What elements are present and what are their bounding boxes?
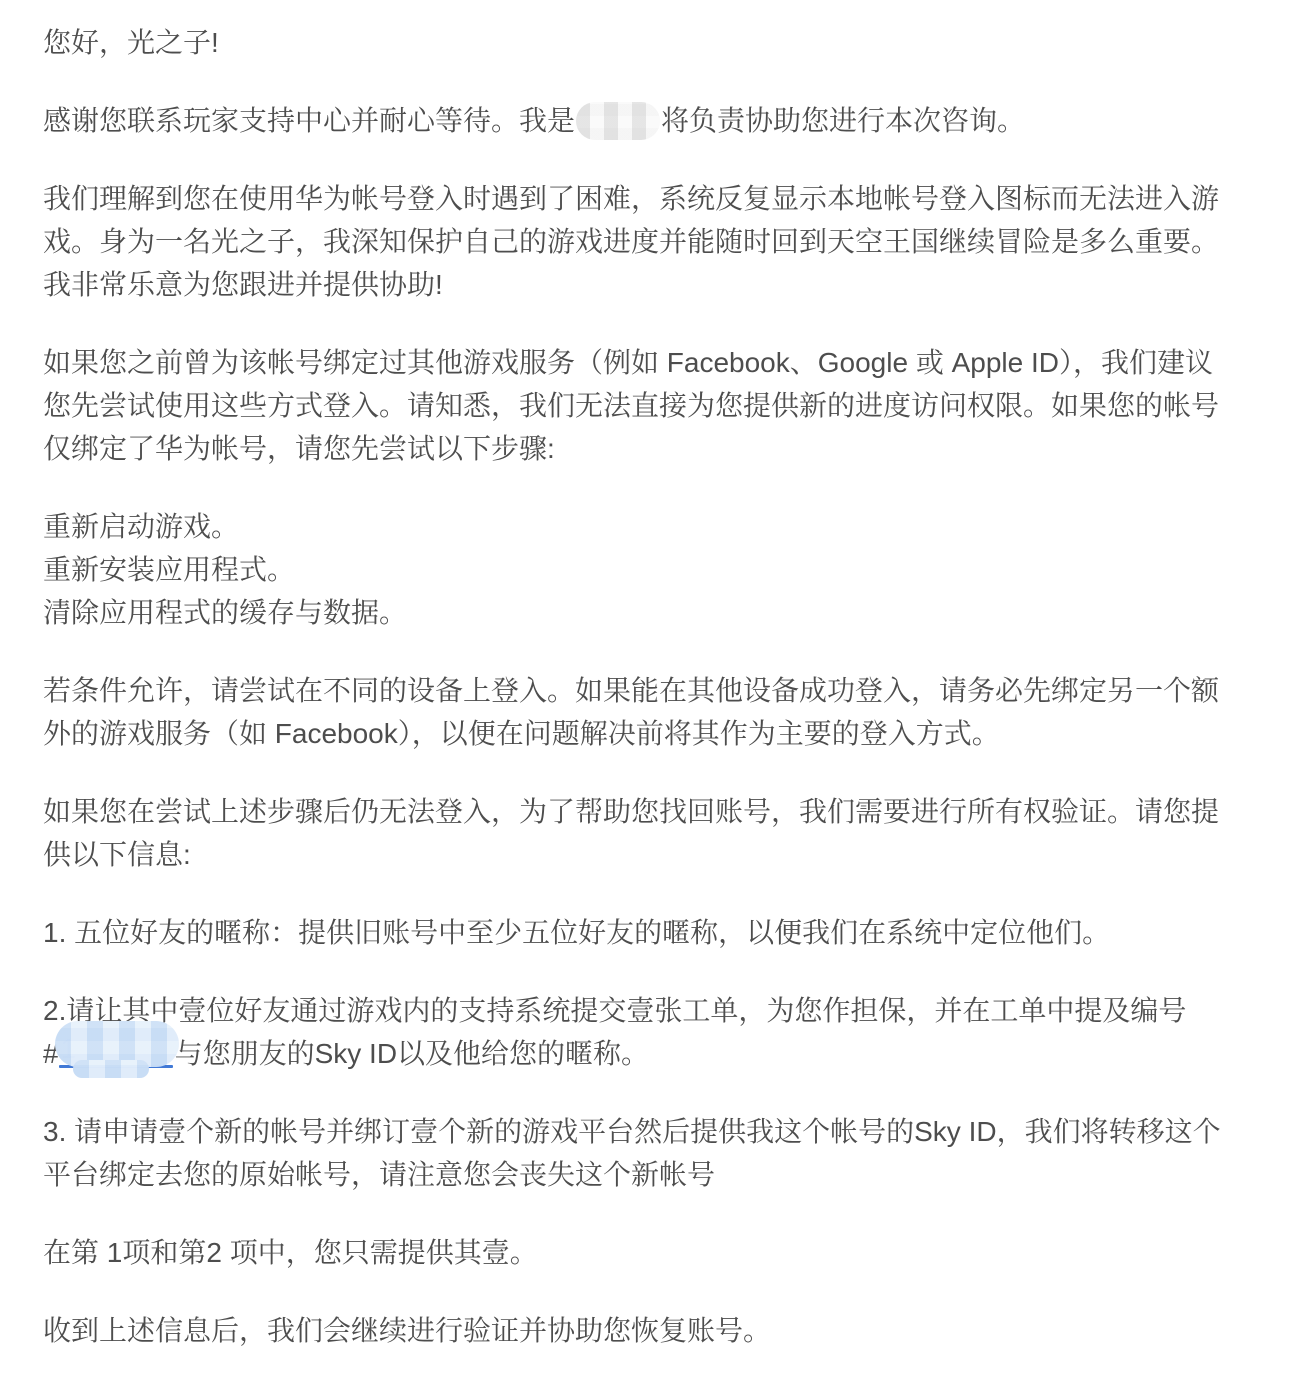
paragraph-closing: 收到上述信息后，我们会继续进行验证并协助您恢复账号。 bbox=[43, 1309, 1278, 1352]
redacted-ticket-number-link[interactable]: 1 bbox=[59, 1035, 175, 1071]
text-line: 如果您之前曾为该帐号绑定过其他游戏服务（例如 Facebook、Google 或… bbox=[43, 341, 1278, 384]
redaction-blur-blob-tail bbox=[73, 1060, 149, 1078]
text-run: 1. 五位好友的暱称：提供旧账号中至少五位好友的暱称，以便我们在系统中定位他们。 bbox=[43, 917, 1110, 948]
text-run: 平台绑定去您的原始帐号，请注意您会丧失这个新帐号 bbox=[43, 1159, 715, 1190]
text-line: #1与您朋友的Sky ID以及他给您的暱称。 bbox=[43, 1032, 1278, 1075]
text-run: 与您朋友的Sky ID以及他给您的暱称。 bbox=[175, 1038, 649, 1069]
paragraph-verification-request: 如果您在尝试上述步骤后仍无法登入，为了帮助您找回账号，我们需要进行所有权验证。请… bbox=[43, 790, 1278, 876]
text-run: 清除应用程式的缓存与数据。 bbox=[43, 597, 407, 628]
text-line: 您先尝试使用这些方式登入。请知悉，我们无法直接为您提供新的进度访问权限。如果您的… bbox=[43, 384, 1278, 427]
text-run: 重新安装应用程式。 bbox=[43, 554, 295, 585]
text-run: 戏。身为一名光之子，我深知保护自己的游戏进度并能随时回到天空王国继续冒险是多么重… bbox=[43, 226, 1219, 257]
text-line: 在第 1项和第2 项中，您只需提供其壹。 bbox=[43, 1231, 1278, 1274]
paragraph-item-2: 2.请让其中壹位好友通过游戏内的支持系统提交壹张工单，为您作担保，并在工单中提及… bbox=[43, 989, 1278, 1075]
text-run: 仅绑定了华为帐号，请您先尝试以下步骤: bbox=[43, 433, 555, 464]
paragraph-other-device-advice: 若条件允许，请尝试在不同的设备上登入。如果能在其他设备成功登入，请务必先绑定另一… bbox=[43, 669, 1278, 755]
text-line: 收到上述信息后，我们会继续进行验证并协助您恢复账号。 bbox=[43, 1309, 1278, 1352]
text-line: 仅绑定了华为帐号，请您先尝试以下步骤: bbox=[43, 427, 1278, 470]
text-run: 将负责协助您进行本次咨询。 bbox=[661, 105, 1025, 136]
paragraph-greeting: 您好，光之子! bbox=[43, 21, 1278, 64]
text-run: 若条件允许，请尝试在不同的设备上登入。如果能在其他设备成功登入，请务必先绑定另一… bbox=[43, 675, 1219, 706]
redacted-agent-name-blur bbox=[576, 102, 660, 140]
text-run: 我们理解到您在使用华为帐号登入时遇到了困难，系统反复显示本地帐号登入图标而无法进… bbox=[43, 183, 1219, 214]
support-message-document: 您好，光之子!感谢您联系玩家支持中心并耐心等待。我是将负责协助您进行本次咨询。我… bbox=[0, 0, 1316, 1382]
text-line: 戏。身为一名光之子，我深知保护自己的游戏进度并能随时回到天空王国继续冒险是多么重… bbox=[43, 220, 1278, 263]
text-line: 1. 五位好友的暱称：提供旧账号中至少五位好友的暱称，以便我们在系统中定位他们。 bbox=[43, 911, 1278, 954]
text-run: 我非常乐意为您跟进并提供协助! bbox=[43, 269, 443, 300]
paragraph-binding-advice: 如果您之前曾为该帐号绑定过其他游戏服务（例如 Facebook、Google 或… bbox=[43, 341, 1278, 470]
text-line: 3. 请申请壹个新的帐号并绑订壹个新的游戏平台然后提供我这个帐号的Sky ID，… bbox=[43, 1110, 1278, 1153]
paragraph-intro: 感谢您联系玩家支持中心并耐心等待。我是将负责协助您进行本次咨询。 bbox=[43, 99, 1278, 142]
text-line: 重新安装应用程式。 bbox=[43, 548, 1278, 591]
text-line: 平台绑定去您的原始帐号，请注意您会丧失这个新帐号 bbox=[43, 1153, 1278, 1196]
text-run: 供以下信息: bbox=[43, 839, 191, 870]
text-run: 3. 请申请壹个新的帐号并绑订壹个新的游戏平台然后提供我这个帐号的Sky ID，… bbox=[43, 1116, 1221, 1147]
text-run: 感谢您联系玩家支持中心并耐心等待。我是 bbox=[43, 105, 575, 136]
paragraph-troubleshooting-steps: 重新启动游戏。重新安装应用程式。清除应用程式的缓存与数据。 bbox=[43, 505, 1278, 634]
text-run: 重新启动游戏。 bbox=[43, 511, 239, 542]
text-line: 我们理解到您在使用华为帐号登入时遇到了困难，系统反复显示本地帐号登入图标而无法进… bbox=[43, 177, 1278, 220]
text-run: 如果您之前曾为该帐号绑定过其他游戏服务（例如 Facebook、Google 或… bbox=[43, 347, 1213, 378]
paragraph-item-3: 3. 请申请壹个新的帐号并绑订壹个新的游戏平台然后提供我这个帐号的Sky ID，… bbox=[43, 1110, 1278, 1196]
paragraph-item-1: 1. 五位好友的暱称：提供旧账号中至少五位好友的暱称，以便我们在系统中定位他们。 bbox=[43, 911, 1278, 954]
text-run: 外的游戏服务（如 Facebook），以便在问题解决前将其作为主要的登入方式。 bbox=[43, 718, 1000, 749]
text-run: 2.请让其中壹位好友通过游戏内的支持系统提交壹张工单，为您作担保，并在工单中提及… bbox=[43, 995, 1186, 1026]
text-line: 您好，光之子! bbox=[43, 21, 1278, 64]
paragraph-issue-description: 我们理解到您在使用华为帐号登入时遇到了困难，系统反复显示本地帐号登入图标而无法进… bbox=[43, 177, 1278, 306]
text-run: 收到上述信息后，我们会继续进行验证并协助您恢复账号。 bbox=[43, 1315, 771, 1346]
text-line: 重新启动游戏。 bbox=[43, 505, 1278, 548]
text-line: 外的游戏服务（如 Facebook），以便在问题解决前将其作为主要的登入方式。 bbox=[43, 712, 1278, 755]
text-line: 我非常乐意为您跟进并提供协助! bbox=[43, 263, 1278, 306]
text-run: 您先尝试使用这些方式登入。请知悉，我们无法直接为您提供新的进度访问权限。如果您的… bbox=[43, 390, 1219, 421]
text-line: 如果您在尝试上述步骤后仍无法登入，为了帮助您找回账号，我们需要进行所有权验证。请… bbox=[43, 790, 1278, 833]
text-line: 感谢您联系玩家支持中心并耐心等待。我是将负责协助您进行本次咨询。 bbox=[43, 99, 1278, 142]
text-line: 供以下信息: bbox=[43, 833, 1278, 876]
text-run: 如果您在尝试上述步骤后仍无法登入，为了帮助您找回账号，我们需要进行所有权验证。请… bbox=[43, 796, 1219, 827]
text-run: 您好，光之子! bbox=[43, 27, 219, 58]
text-line: 若条件允许，请尝试在不同的设备上登入。如果能在其他设备成功登入，请务必先绑定另一… bbox=[43, 669, 1278, 712]
paragraph-choose-one-note: 在第 1项和第2 项中，您只需提供其壹。 bbox=[43, 1231, 1278, 1274]
text-line: 清除应用程式的缓存与数据。 bbox=[43, 591, 1278, 634]
text-line: 2.请让其中壹位好友通过游戏内的支持系统提交壹张工单，为您作担保，并在工单中提及… bbox=[43, 989, 1278, 1032]
text-run: 在第 1项和第2 项中，您只需提供其壹。 bbox=[43, 1237, 538, 1268]
